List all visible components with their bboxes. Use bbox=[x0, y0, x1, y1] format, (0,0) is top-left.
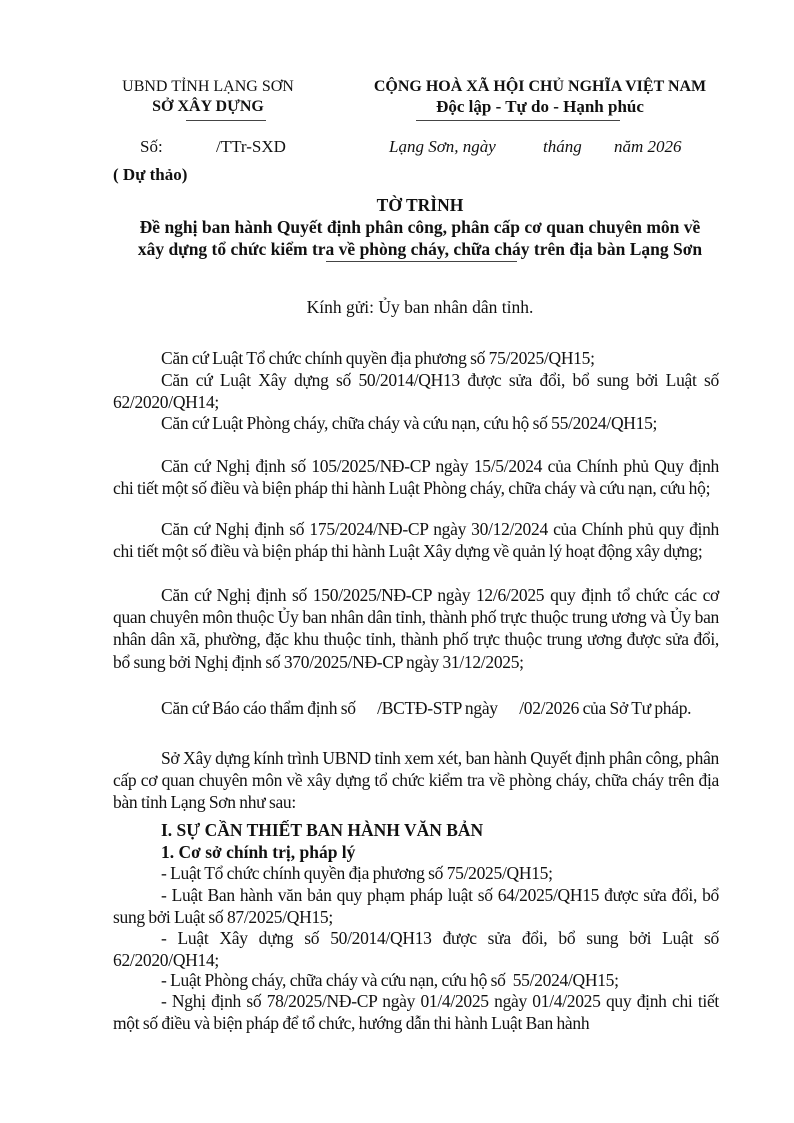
section-subheading: 1. Cơ sở chính trị, pháp lý bbox=[161, 841, 355, 863]
basis-paragraph: Căn cứ Luật Tổ chức chính quyền địa phươ… bbox=[113, 347, 719, 369]
agency-parent: UBND TỈNH LẠNG SƠN bbox=[100, 77, 316, 97]
subject-line-2: xây dựng tổ chức kiểm tra về phòng cháy,… bbox=[100, 238, 740, 260]
agency-underline bbox=[186, 120, 266, 121]
doc-type-title: TỜ TRÌNH bbox=[100, 194, 740, 216]
basis-paragraph: Căn cứ Luật Xây dựng số 50/2014/QH13 đượ… bbox=[113, 369, 719, 413]
title-underline bbox=[326, 261, 517, 262]
legal-basis-item: - Luật Xây dựng số 50/2014/QH13 được sửa… bbox=[113, 927, 719, 971]
place-date: Lạng Sơn, ngày bbox=[389, 137, 496, 157]
draft-label: ( Dự thảo) bbox=[113, 165, 187, 185]
recipient: Kính gửi: Ủy ban nhân dân tỉnh. bbox=[100, 296, 740, 318]
legal-basis-item: - Luật Phòng cháy, chữa cháy và cứu nạn,… bbox=[113, 969, 719, 991]
intro-paragraph: Sở Xây dựng kính trình UBND tỉnh xem xét… bbox=[113, 747, 719, 814]
doc-number-suffix: /TTr-SXD bbox=[216, 137, 286, 157]
section-heading: I. SỰ CẦN THIẾT BAN HÀNH VĂN BẢN bbox=[161, 819, 483, 841]
legal-basis-item: - Nghị định số 78/2025/NĐ-CP ngày 01/4/2… bbox=[113, 990, 719, 1034]
basis-paragraph: Căn cứ Luật Phòng cháy, chữa cháy và cứu… bbox=[113, 412, 719, 434]
month-label: tháng bbox=[543, 137, 582, 157]
basis-paragraph: Căn cứ Nghị định số 105/2025/NĐ-CP ngày … bbox=[113, 455, 719, 499]
basis-paragraph: Căn cứ Nghị định số 175/2024/NĐ-CP ngày … bbox=[113, 518, 719, 562]
motto-underline bbox=[416, 120, 620, 121]
doc-number-label: Số: bbox=[140, 137, 163, 157]
subject-line-1: Đề nghị ban hành Quyết định phân công, p… bbox=[100, 216, 740, 238]
legal-basis-item: - Luật Tổ chức chính quyền địa phương số… bbox=[113, 862, 719, 884]
basis-paragraph: Căn cứ Báo cáo thẩm định số /BCTĐ-STP ng… bbox=[113, 697, 719, 719]
legal-basis-item: - Luật Ban hành văn bản quy phạm pháp lu… bbox=[113, 884, 719, 928]
agency-name: SỞ XÂY DỰNG bbox=[100, 97, 316, 117]
motto: Độc lập - Tự do - Hạnh phúc bbox=[350, 97, 730, 117]
nation-name: CỘNG HOÀ XÃ HỘI CHỦ NGHĨA VIỆT NAM bbox=[350, 77, 730, 97]
year-label: năm 2026 bbox=[614, 137, 682, 157]
basis-paragraph: Căn cứ Nghị định số 150/2025/NĐ-CP ngày … bbox=[113, 584, 719, 673]
